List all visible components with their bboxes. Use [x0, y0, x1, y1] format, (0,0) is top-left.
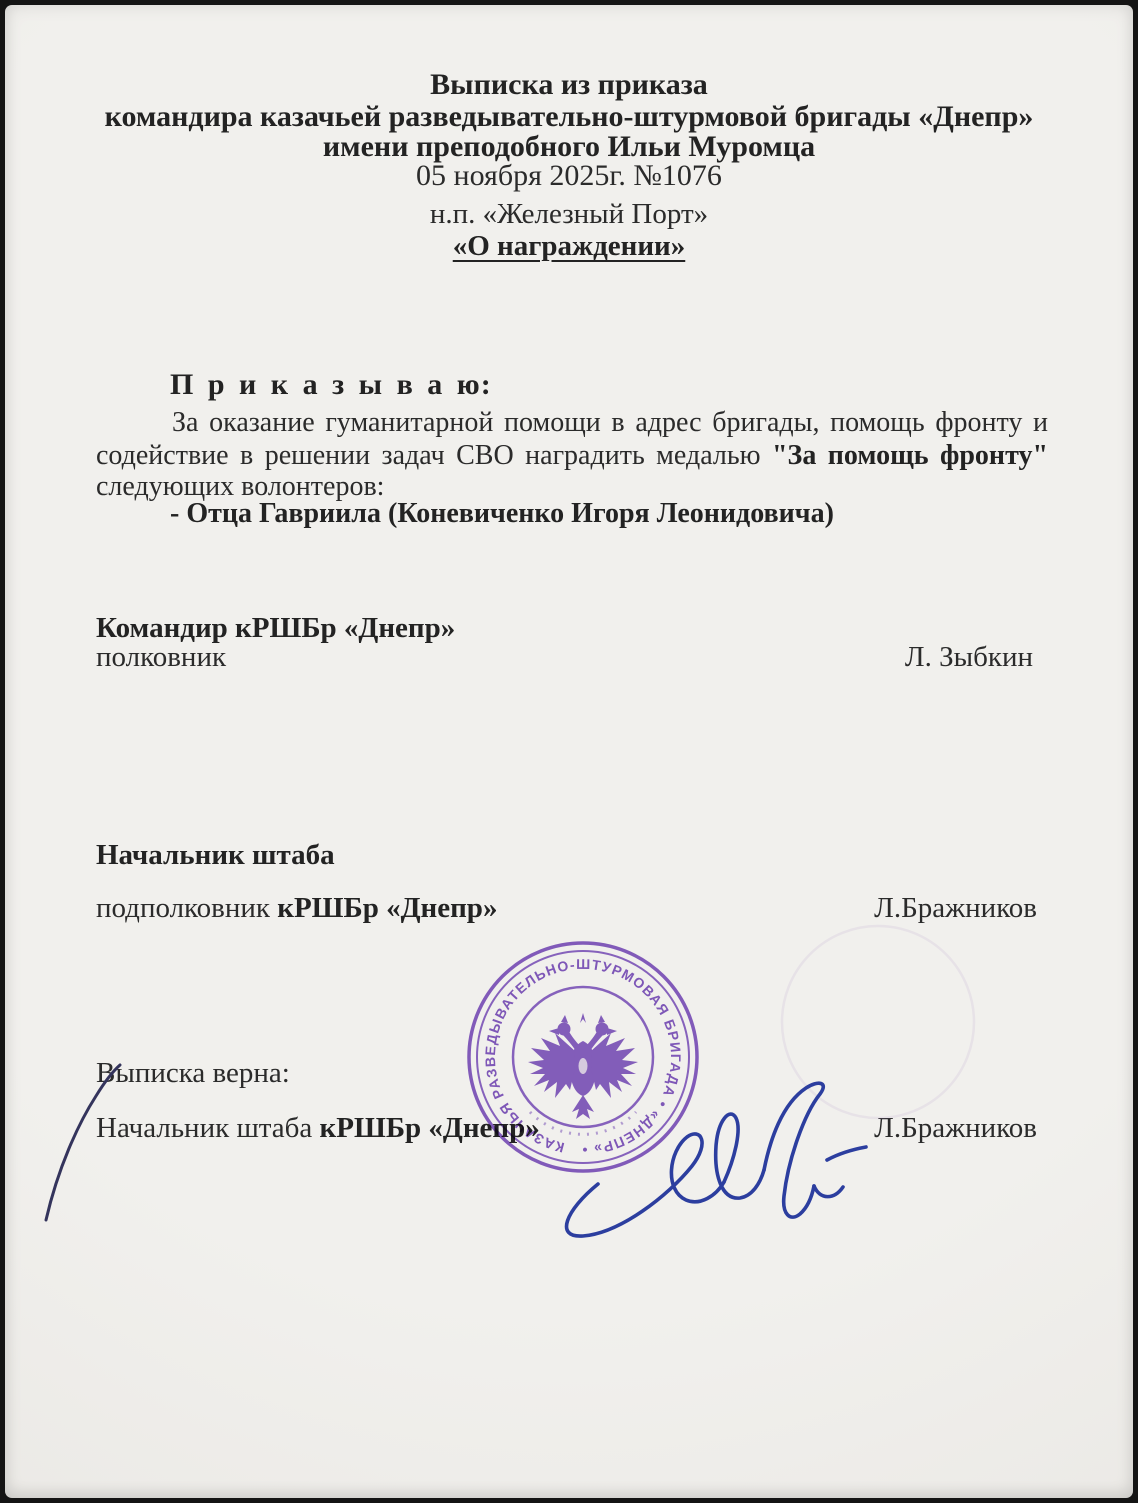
- order-paragraph-line1: За оказание гуманитарной помощи в адрес …: [96, 406, 1048, 439]
- commander-rank: полковник: [96, 640, 226, 674]
- order-paragraph-line2: содействие в решении задач СВО наградить…: [96, 439, 1048, 472]
- header-line-subject: «О награждении»: [0, 229, 1138, 263]
- order-paragraph-line2-normal: содействие в решении задач СВО наградить…: [96, 440, 772, 471]
- header-line-settlement: н.п. «Железный Порт»: [0, 197, 1138, 231]
- certification-name: Л.Бражников: [874, 1111, 1037, 1145]
- chief-title: Начальник штаба: [96, 838, 335, 872]
- awardee-line: - Отца Гавриила (Коневиченко Игоря Леони…: [170, 497, 834, 531]
- header-line-date-number: 05 ноября 2025г. №1076: [0, 159, 1138, 193]
- round-stamp: КАЗАЧЬЯ РАЗВЕДЫВАТЕЛЬНО-ШТУРМОВАЯ БРИГАД…: [433, 907, 733, 1207]
- chief-rank: подполковник: [96, 892, 277, 924]
- commander-name: Л. Зыбкин: [905, 640, 1033, 674]
- header-line-title: Выписка из приказа: [0, 68, 1138, 102]
- medal-name: "За помощь фронту": [772, 440, 1048, 471]
- certification-position: Начальник штаба: [96, 1112, 320, 1144]
- header-line-brigade: командира казачьей разведывательно-штурм…: [0, 100, 1138, 134]
- certification-label: Выписка верна:: [96, 1056, 290, 1090]
- chief-name: Л.Бражников: [874, 891, 1037, 925]
- double-headed-eagle-icon: [528, 1013, 638, 1119]
- order-heading: П р и к а з ы в а ю:: [170, 368, 492, 402]
